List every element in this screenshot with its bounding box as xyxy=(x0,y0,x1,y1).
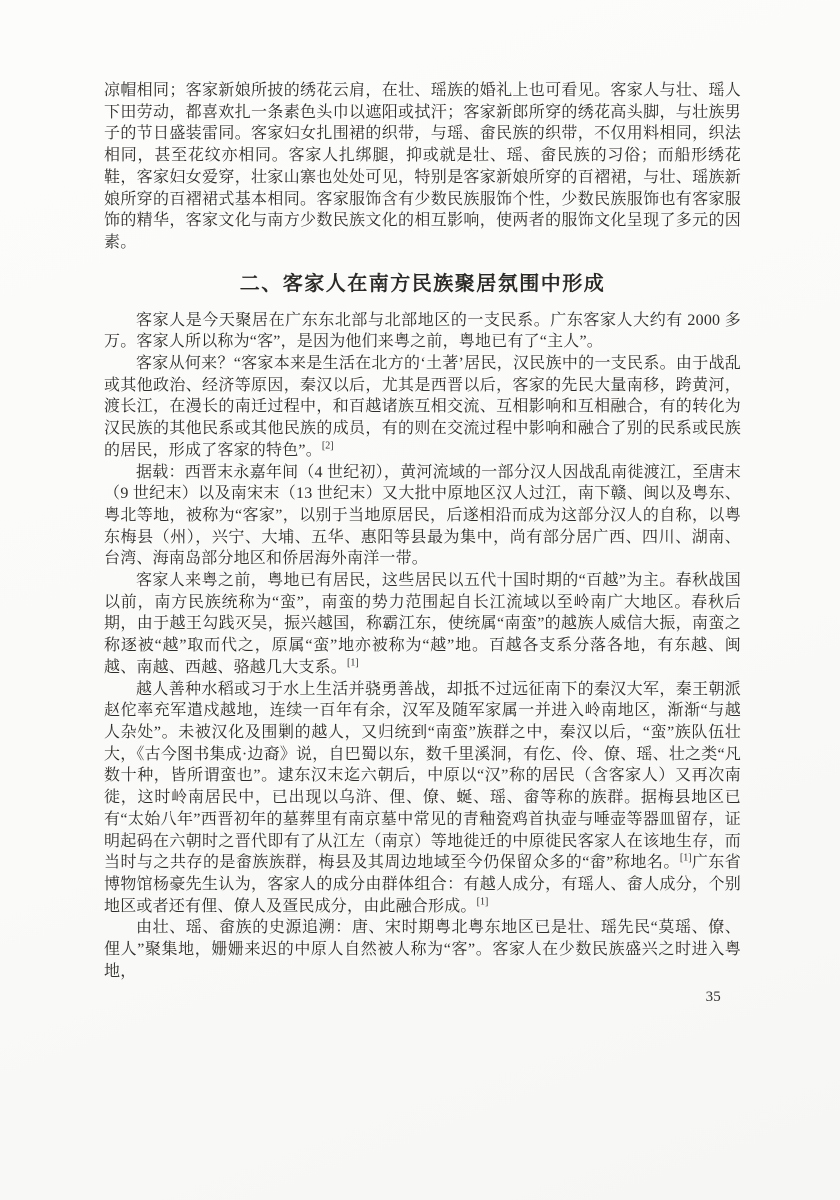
body-paragraph: 由壮、瑶、畲族的史源追溯：唐、宋时期粤北粤东地区已是壮、瑶先民“莫瑶、僚、俚人”… xyxy=(104,917,741,982)
document-page: 凉帽相同；客家新娘所披的绣花云肩，在壮、瑶族的婚礼上也可看见。客家人与壮、瑶人下… xyxy=(0,0,840,1200)
body-paragraph: 据载：西晋末永嘉年间（4 世纪初），黄河流域的一部分汉人因战乱南徙渡江，至唐末（… xyxy=(104,462,741,571)
body-paragraph: 越人善种水稻或习于水上生活并骁勇善战，却抵不过远征南下的秦汉大军，秦王朝派赵佗率… xyxy=(104,679,741,918)
body-paragraph: 客家人是今天聚居在广东东北部与北部地区的一支民系。广东客家人大约有 2000 多… xyxy=(104,310,741,353)
body-paragraph: 客家从何来？“客家本来是生活在北方的‘土著’居民，汉民族中的一支民系。由于战乱或… xyxy=(104,353,741,462)
text-column: 凉帽相同；客家新娘所披的绣花云肩，在壮、瑶族的婚礼上也可看见。客家人与壮、瑶人下… xyxy=(104,80,741,1009)
page-number: 35 xyxy=(104,987,741,1009)
body-paragraph: 凉帽相同；客家新娘所披的绣花云肩，在壮、瑶族的婚礼上也可看见。客家人与壮、瑶人下… xyxy=(104,80,741,254)
section-heading: 二、客家人在南方民族聚居氛围中形成 xyxy=(104,271,741,297)
body-paragraph: 客家人来粤之前，粤地已有居民，这些居民以五代十国时期的“百越”为主。春秋战国以前… xyxy=(104,570,741,679)
